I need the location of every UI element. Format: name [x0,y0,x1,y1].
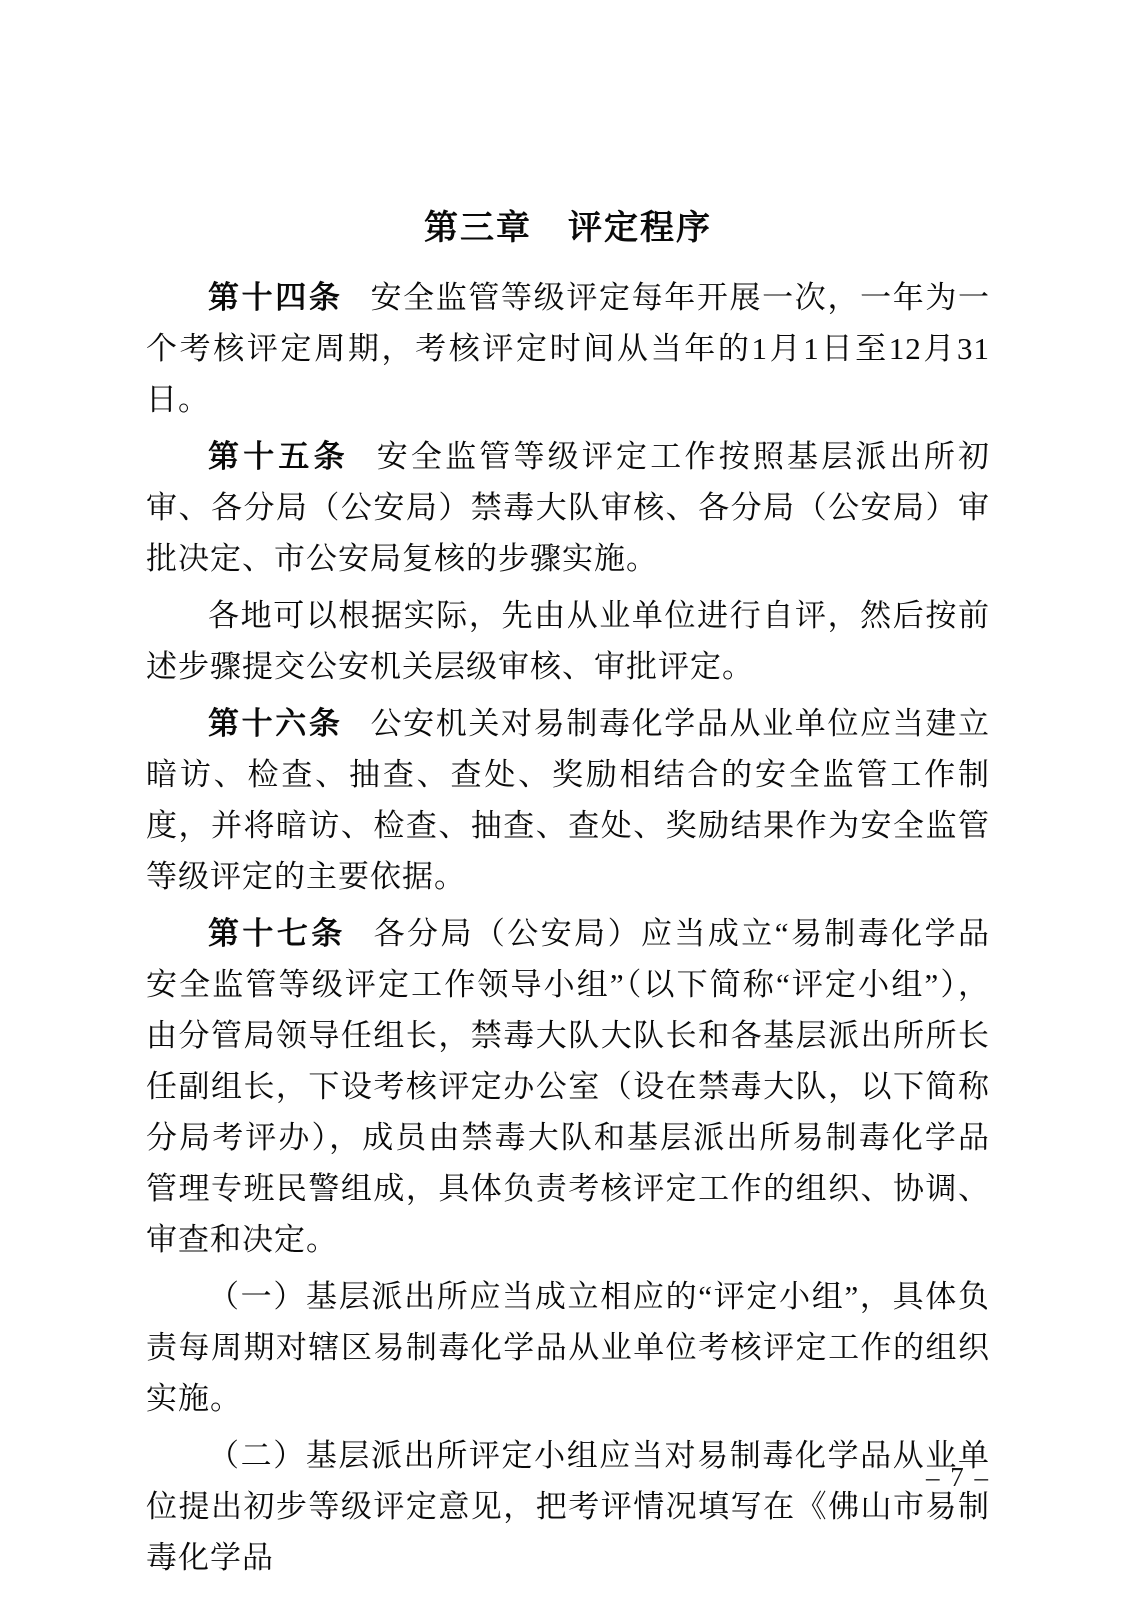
article-14-label: 第十四条 [208,280,343,315]
paragraph-article-17: 第十七条各分局（公安局）应当成立“易制毒化学品安全监管等级评定工作领导小组”（以… [146,908,990,1265]
paragraph-article-14: 第十四条安全监管等级评定每年开展一次，一年为一个考核评定周期，考核评定时间从当年… [146,272,990,425]
document-page: 第三章 评定程序 第十四条安全监管等级评定每年开展一次，一年为一个考核评定周期，… [0,0,1131,1600]
paragraph-article-15-continuation: 各地可以根据实际，先由从业单位进行自评，然后按前述步骤提交公安机关层级审核、审批… [146,590,990,692]
paragraph-item-2: （二）基层派出所评定小组应当对易制毒化学品从业单位提出初步等级评定意见，把考评情… [146,1430,990,1583]
article-15-label: 第十五条 [208,439,349,474]
article-15-cont-text: 各地可以根据实际，先由从业单位进行自评，然后按前述步骤提交公安机关层级审核、审批… [146,598,990,684]
article-16-label: 第十六条 [208,706,343,741]
article-17-label: 第十七条 [208,916,346,951]
document-body: 第十四条安全监管等级评定每年开展一次，一年为一个考核评定周期，考核评定时间从当年… [146,272,990,1583]
paragraph-item-1: （一）基层派出所应当成立相应的“评定小组”，具体负责每周期对辖区易制毒化学品从业… [146,1271,990,1424]
item-2-text: （二）基层派出所评定小组应当对易制毒化学品从业单位提出初步等级评定意见，把考评情… [146,1438,990,1575]
paragraph-article-16: 第十六条公安机关对易制毒化学品从业单位应当建立暗访、检查、抽查、查处、奖励相结合… [146,698,990,902]
article-17-text: 各分局（公安局）应当成立“易制毒化学品安全监管等级评定工作领导小组”（以下简称“… [146,916,990,1257]
item-1-text: （一）基层派出所应当成立相应的“评定小组”，具体负责每周期对辖区易制毒化学品从业… [146,1279,990,1416]
chapter-title: 第三章 评定程序 [146,203,990,254]
page-number: – 7 – [926,1462,990,1493]
paragraph-article-15: 第十五条安全监管等级评定工作按照基层派出所初审、各分局（公安局）禁毒大队审核、各… [146,431,990,584]
